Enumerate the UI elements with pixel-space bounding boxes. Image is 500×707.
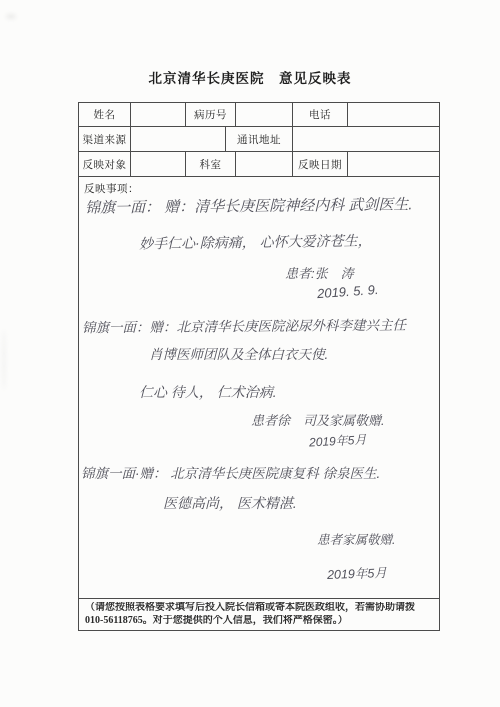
subject-value-cell [131, 152, 186, 176]
handwritten-note1-dedication: 锦旗一面： 赠：清华长庚医院神经内科 武剑医生. [85, 193, 413, 217]
phone-label: 电话 [293, 103, 348, 126]
handwritten-note2-dedication-cont: 肖博医师团队及全体白衣天使. [149, 343, 328, 363]
report-date-value-cell [348, 152, 439, 176]
footer-note-cell: （请您按照表格要求填写后投入院长信箱或寄本院医政组收，若需协助请拨 010-56… [79, 599, 439, 630]
handwritten-note3-dedication: 锦旗一面·赠： 北京清华长庚医院康复科 徐泉医生. [81, 462, 380, 482]
handwritten-note3-signature: 患者家属敬赠. [317, 530, 395, 548]
channel-label: 渠道来源 [79, 127, 131, 151]
form-title: 北京清华长庚医院 意见反映表 [0, 67, 500, 87]
handwritten-note1-praise: 妙手仁心·除病痛， 心怀大爱济苍生， [139, 230, 372, 253]
matters-cell: 反映事项： 锦旗一面： 赠：清华长庚医院神经内科 武剑医生. 妙手仁心·除病痛，… [79, 177, 439, 599]
form-table: 姓名 病历号 电话 渠道来源 通讯地址 反映对象 科室 反映日期 反映事项： 锦… [78, 102, 440, 631]
handwritten-note3-date: 2019年5月 [327, 563, 387, 583]
table-row-3: 反映对象 科室 反映日期 [79, 152, 439, 177]
footer-note-line2: 010-56118765。对于您提供的个人信息，我们将严格保密。） [85, 615, 435, 628]
scan-artifact [6, 14, 16, 19]
handwritten-note2-signature: 患者徐 司及家属敬赠. [251, 410, 385, 429]
name-label: 姓名 [79, 103, 131, 126]
handwritten-note1-date: 2019. 5. 9. [317, 282, 379, 301]
table-row-2: 渠道来源 通讯地址 [79, 127, 439, 152]
handwritten-note1-signature: 患者:张 涛 [285, 263, 354, 282]
report-date-label: 反映日期 [293, 152, 348, 176]
department-label: 科室 [186, 152, 236, 176]
handwritten-note3-praise: 医德高尚， 医术精湛. [163, 493, 297, 513]
scanned-form-page: 北京清华长庚医院 意见反映表 姓名 病历号 电话 渠道来源 通讯地址 反映对象 … [0, 0, 500, 707]
handwritten-note2-dedication: 锦旗一面：赠：北京清华长庚医院泌尿外科李建兴主任 [82, 314, 406, 337]
name-value-cell [131, 103, 186, 126]
channel-value-cell [131, 127, 226, 151]
record-no-value-cell [236, 103, 293, 126]
record-no-label: 病历号 [186, 103, 236, 126]
table-row-1: 姓名 病历号 电话 [79, 103, 439, 127]
address-value-cell [293, 127, 439, 151]
subject-label: 反映对象 [79, 152, 131, 176]
address-label: 通讯地址 [226, 127, 293, 151]
footer-note-line1: （请您按照表格要求填写后投入院长信箱或寄本院医政组收，若需协助请拨 [85, 602, 435, 615]
handwritten-note2-praise: 仁心 待人， 仁术治病. [139, 382, 277, 402]
matters-label: 反映事项： [84, 181, 139, 196]
department-value-cell [236, 152, 293, 176]
phone-value-cell [348, 103, 439, 126]
scan-artifact [2, 330, 6, 390]
handwritten-note2-date: 2019年5月 [309, 431, 367, 451]
